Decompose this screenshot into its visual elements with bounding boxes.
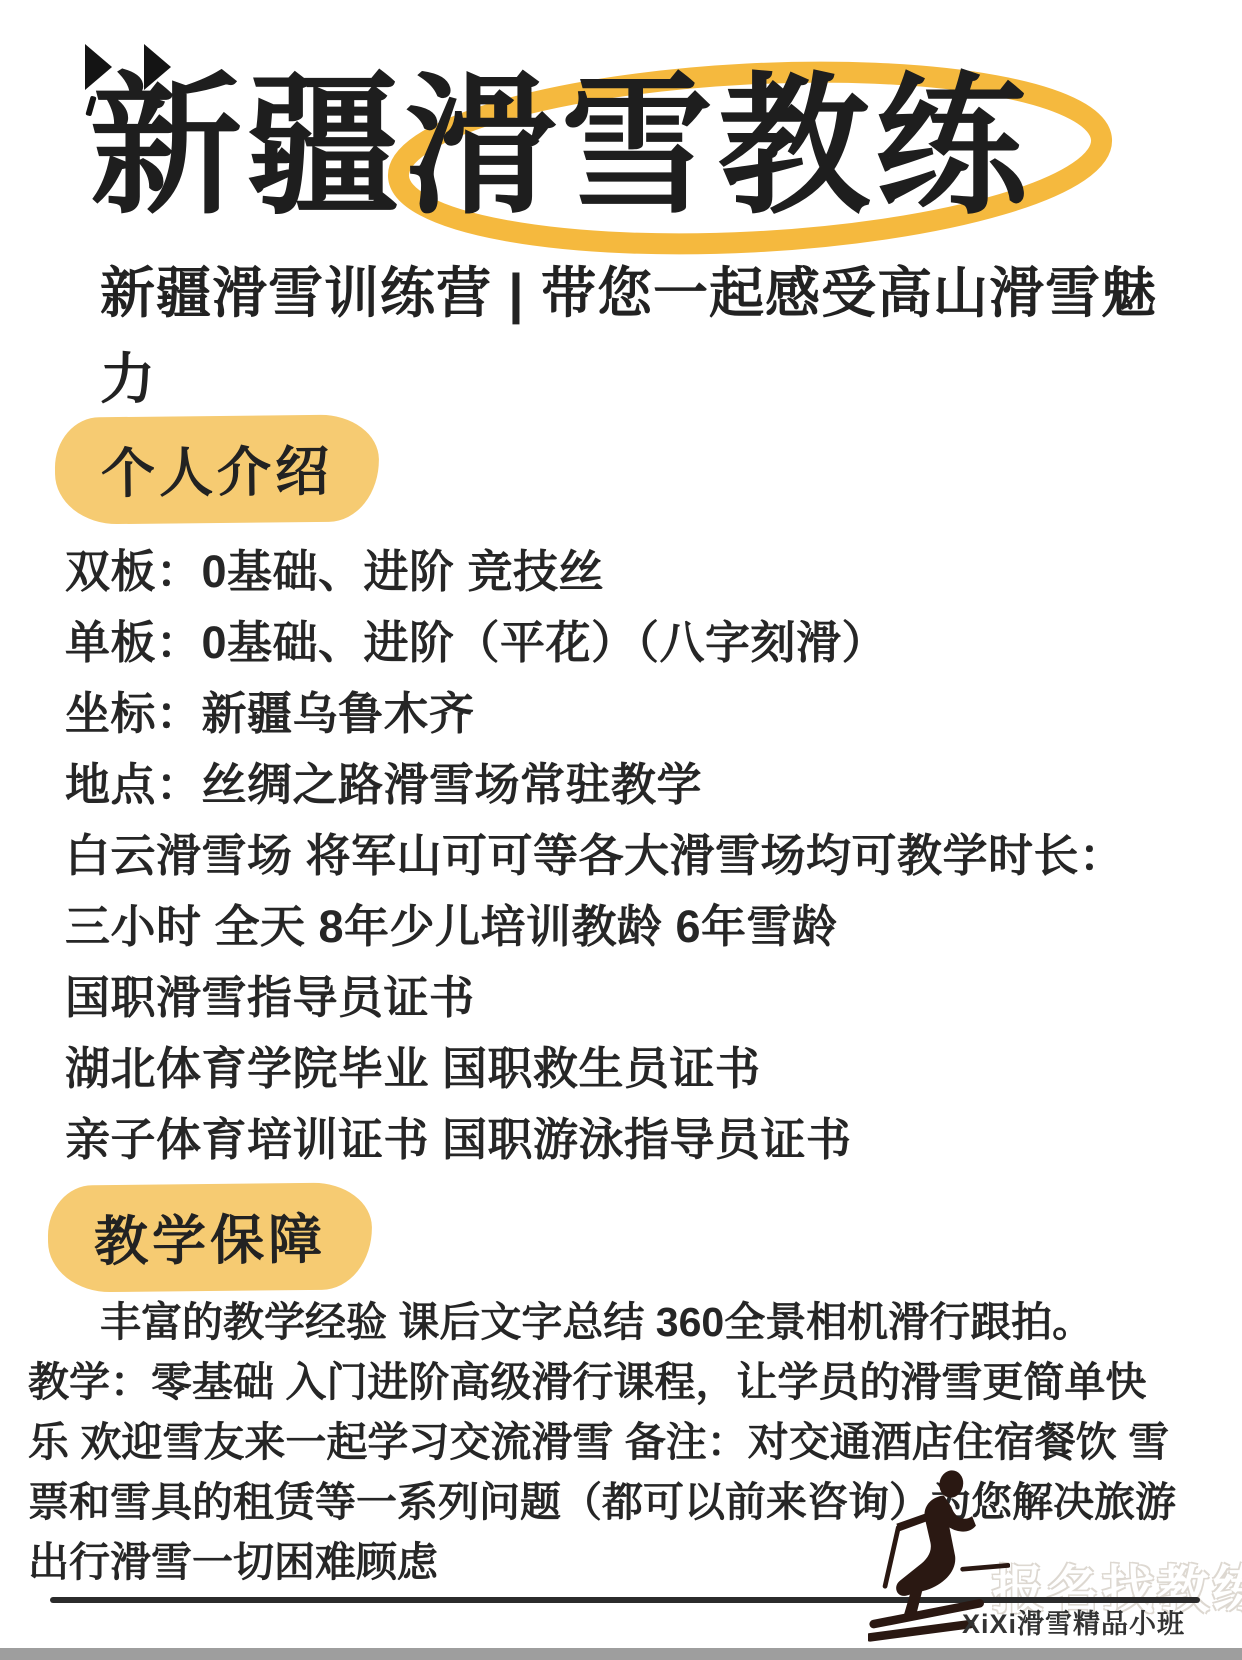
section-heading-intro: 个人介绍 bbox=[54, 414, 379, 524]
list-item: 湖北体育学院毕业 国职救生员证书 bbox=[65, 1033, 1125, 1104]
section-heading-guarantee: 教学保障 bbox=[47, 1182, 372, 1292]
paragraph-line: 教学：零基础 入门进阶高级滑行课程，让学员的滑雪更简单快 bbox=[28, 1352, 1176, 1412]
page-subtitle: 新疆滑雪训练营 | 带您一起感受高山滑雪魅力 bbox=[100, 250, 1175, 422]
list-item: 三小时 全天 8年少儿培训教龄 6年雪龄 bbox=[65, 891, 1125, 962]
list-item: 双板：0基础、进阶 竞技丝 bbox=[65, 536, 1125, 607]
list-item: 地点：丝绸之路滑雪场常驻教学 bbox=[65, 749, 1125, 820]
list-item: 亲子体育培训证书 国职游泳指导员证书 bbox=[65, 1104, 1125, 1175]
list-item: 白云滑雪场 将军山可可等各大滑雪场均可教学时长： bbox=[65, 820, 1125, 891]
bottom-edge-strip bbox=[0, 1648, 1242, 1660]
poster-page: 新疆滑雪教练 新疆滑雪训练营 | 带您一起感受高山滑雪魅力 个人介绍 双板：0基… bbox=[0, 0, 1242, 1660]
page-title: 新疆滑雪教练 bbox=[90, 64, 1032, 231]
brand-label: XiXi滑雪精品小班 bbox=[962, 1602, 1185, 1641]
list-item: 坐标：新疆乌鲁木齐 bbox=[65, 678, 1125, 749]
paragraph-line: 丰富的教学经验 课后文字总结 360全景相机滑行跟拍。 bbox=[28, 1292, 1176, 1352]
list-item: 国职滑雪指导员证书 bbox=[65, 962, 1125, 1033]
intro-list: 双板：0基础、进阶 竞技丝 单板：0基础、进阶（平花）（八字刻滑） 坐标：新疆乌… bbox=[65, 536, 1125, 1175]
list-item: 单板：0基础、进阶（平花）（八字刻滑） bbox=[65, 607, 1125, 678]
